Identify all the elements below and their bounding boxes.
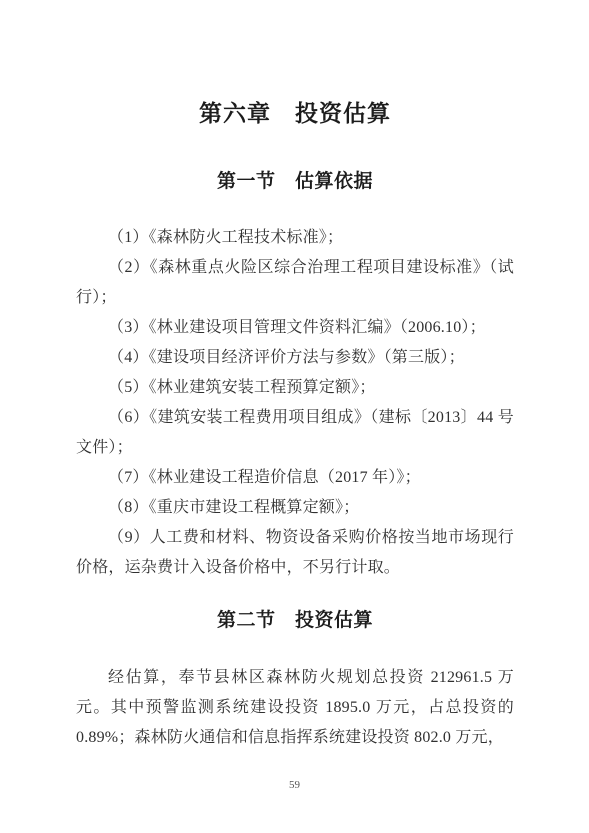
estimation-basis-item-9: （9）人工费和材料、物资设备采购价格按当地市场现行价格，运杂费计入设备价格中，不… — [76, 523, 514, 583]
estimation-basis-item-4: （4）《建设项目经济评价方法与参数》（第三版）； — [76, 343, 514, 373]
document-page: 第六章 投资估算 第一节 估算依据 （1）《森林防火工程技术标准》； （2）《森… — [0, 0, 589, 833]
page-number: 59 — [0, 779, 589, 791]
estimation-basis-list: （1）《森林防火工程技术标准》； （2）《森林重点火险区综合治理工程项目建设标准… — [76, 223, 514, 583]
page-content: 第六章 投资估算 第一节 估算依据 （1）《森林防火工程技术标准》； （2）《森… — [76, 0, 514, 753]
investment-estimate-paragraph: 经估算，奉节县林区森林防火规划总投资 212961.5 万元。其中预警监测系统建… — [76, 663, 514, 753]
estimation-basis-item-2: （2）《森林重点火险区综合治理工程项目建设标准》（试行）； — [76, 253, 514, 313]
estimation-basis-item-5: （5）《林业建筑安装工程预算定额》； — [76, 373, 514, 403]
investment-estimate-paragraph-block: 经估算，奉节县林区森林防火规划总投资 212961.5 万元。其中预警监测系统建… — [76, 663, 514, 753]
estimation-basis-item-1: （1）《森林防火工程技术标准》； — [76, 223, 514, 253]
section-2-title: 第二节 投资估算 — [76, 607, 514, 635]
section-1-title: 第一节 估算依据 — [76, 168, 514, 196]
estimation-basis-item-6: （6）《建筑安装工程费用项目组成》（建标〔2013〕44 号文件）； — [76, 403, 514, 463]
chapter-title: 第六章 投资估算 — [76, 0, 514, 132]
estimation-basis-item-7: （7）《林业建设工程造价信息（2017 年）》； — [76, 463, 514, 493]
estimation-basis-item-3: （3）《林业建设项目管理文件资料汇编》（2006.10）； — [76, 313, 514, 343]
estimation-basis-item-8: （8）《重庆市建设工程概算定额》； — [76, 493, 514, 523]
